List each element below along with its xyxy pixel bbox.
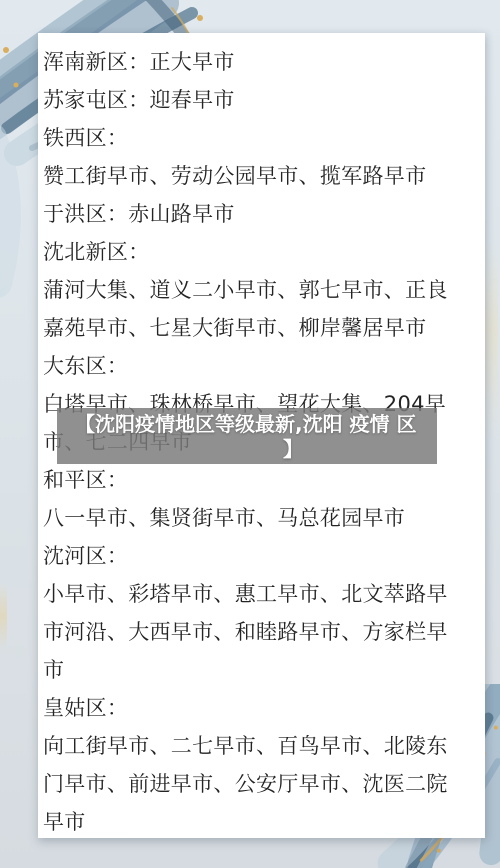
text-line: 浑南新区：正大早市 — [43, 43, 481, 81]
text-line: 和平区： — [43, 461, 481, 499]
text-line: 八一早市、集贤街早市、马总花园早市 — [43, 499, 481, 537]
text-line: 向工街早市、二七早市、百鸟早市、北陵东 — [43, 727, 481, 765]
text-line: 小早市、彩塔早市、惠工早市、北文萃路早 — [43, 575, 481, 613]
text-line: 沈河区： — [43, 537, 481, 575]
text-line: 于洪区：赤山路早市 — [43, 195, 481, 233]
page-background: { "page": { "kind": "article-text-screen… — [0, 0, 500, 868]
text-line: 铁西区： — [43, 119, 481, 157]
caption-line: 【沈阳疫情地区等级最新,沈阳 疫情 区 — [75, 412, 437, 437]
text-line: 沈北新区： — [43, 233, 481, 271]
text-line: 赞工街早市、劳动公园早市、揽军路早市 — [43, 157, 481, 195]
gold-wash-streak-left — [0, 582, 7, 650]
text-line: 市河沿、大西早市、和睦路早市、方家栏早 — [43, 613, 481, 651]
text-line: 嘉苑早市、七星大街早市、柳岸馨居早市 — [43, 309, 481, 347]
caption-overlay: 【沈阳疫情地区等级最新,沈阳 疫情 区 】 — [57, 408, 437, 464]
text-line: 市 — [43, 651, 481, 689]
gold-wash-streak-right — [484, 240, 498, 440]
text-line: 门早市、前进早市、公安厅早市、沈医二院 — [43, 765, 481, 803]
caption-line: 】 — [283, 437, 437, 462]
text-line: 皇姑区： — [43, 689, 481, 727]
text-line: 大东区： — [43, 347, 481, 385]
text-line: 苏家屯区：迎春早市 — [43, 81, 481, 119]
text-line: 早市 — [43, 803, 481, 838]
text-line: 蒲河大集、道义二小早市、郭七早市、正良 — [43, 271, 481, 309]
